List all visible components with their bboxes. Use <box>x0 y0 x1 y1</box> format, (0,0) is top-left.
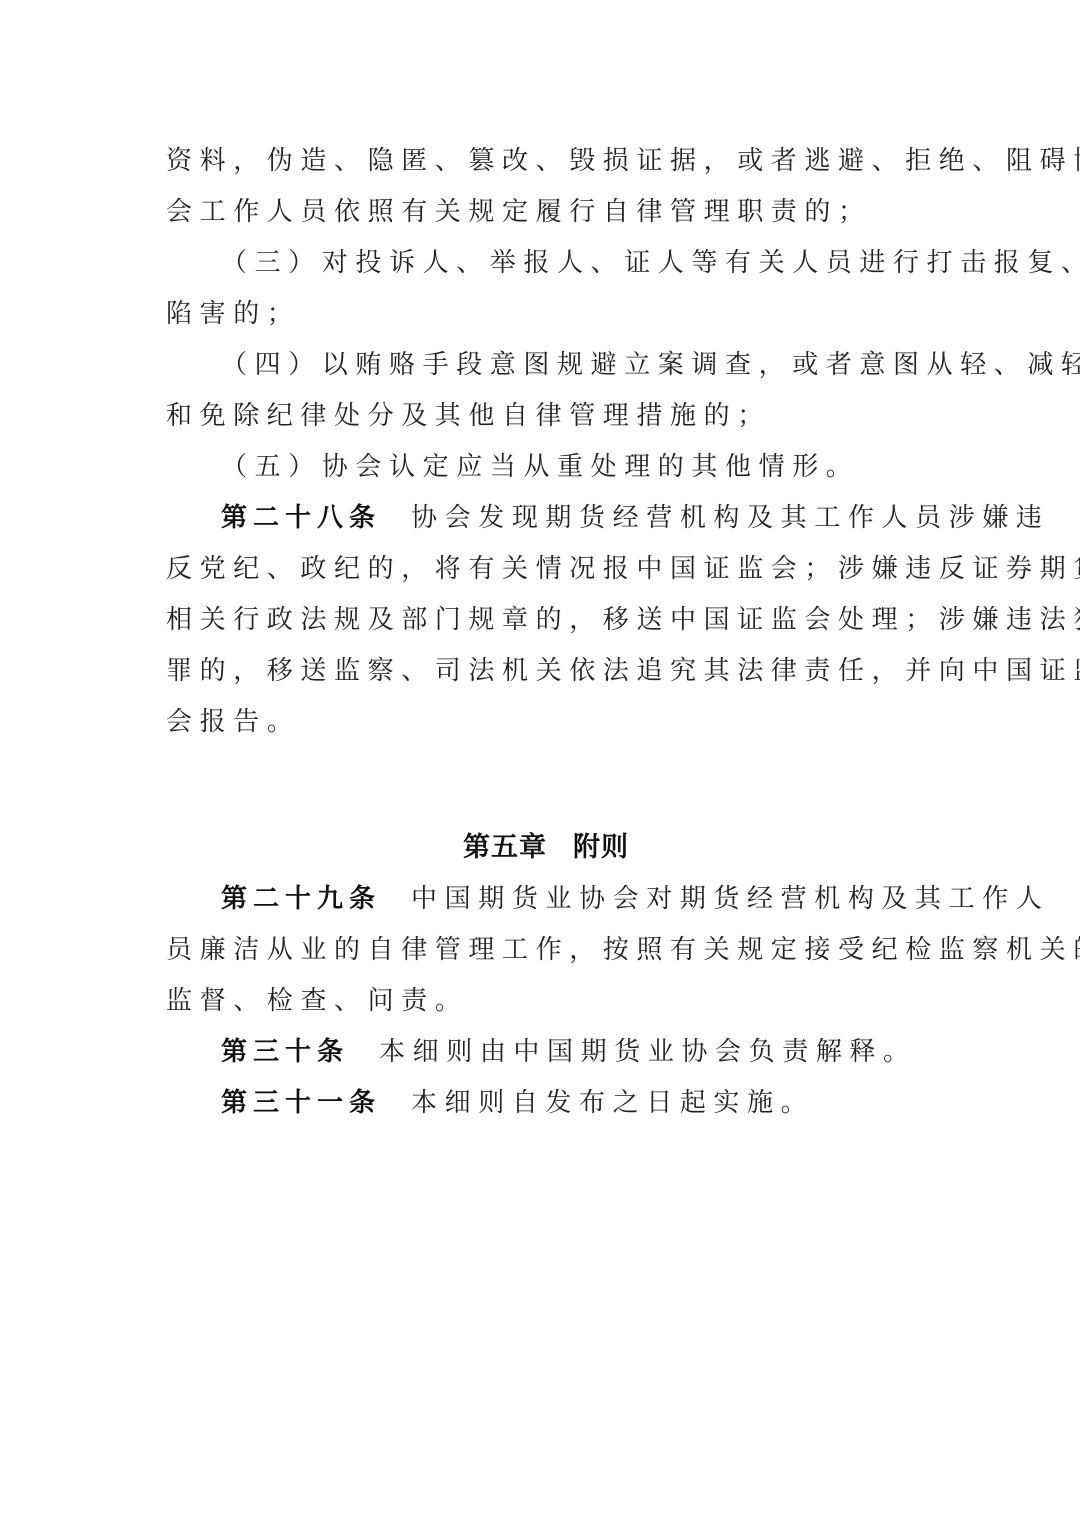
article-first-line: 第二十八条协会发现期货经营机构及其工作人员涉嫌违 <box>166 493 918 544</box>
article-label: 第三十条 <box>221 1037 349 1067</box>
paragraph-line: 会报告。 <box>166 697 918 748</box>
paragraph-line: 和免除纪律处分及其他自律管理措施的； <box>166 391 918 442</box>
article-text: 中国期货业协会对期货经营机构及其工作人 <box>411 884 1049 914</box>
document-page: 资料，伪造、隐匿、篡改、毁损证据，或者逃避、拒绝、阻碍协 会工作人员依照有关规定… <box>166 136 918 1129</box>
section-spacer <box>166 748 918 822</box>
list-item-4: （四）以贿赂手段意图规避立案调查，或者意图从轻、减轻 和免除纪律处分及其他自律管… <box>166 340 918 442</box>
article-label: 第三十一条 <box>221 1088 381 1118</box>
list-item-5: （五）协会认定应当从重处理的其他情形。 <box>166 442 918 493</box>
paragraph-line: 资料，伪造、隐匿、篡改、毁损证据，或者逃避、拒绝、阻碍协 <box>166 136 918 187</box>
article-first-line: 第二十九条中国期货业协会对期货经营机构及其工作人 <box>166 874 918 925</box>
article-label: 第二十八条 <box>221 503 381 533</box>
paragraph-line: 相关行政法规及部门规章的，移送中国证监会处理；涉嫌违法犯 <box>166 595 918 646</box>
chapter-number: 第五章 <box>463 832 547 863</box>
article-text: 协会发现期货经营机构及其工作人员涉嫌违 <box>411 503 1049 533</box>
paragraph-line: 罪的，移送监察、司法机关依法追究其法律责任，并向中国证监 <box>166 646 918 697</box>
paragraph-line: （五）协会认定应当从重处理的其他情形。 <box>166 442 918 493</box>
paragraph-line: （四）以贿赂手段意图规避立案调查，或者意图从轻、减轻 <box>166 340 918 391</box>
paragraph-line: 监督、检查、问责。 <box>166 976 918 1027</box>
chapter-heading: 第五章附则 <box>166 822 918 874</box>
article-28: 第二十八条协会发现期货经营机构及其工作人员涉嫌违 反党纪、政纪的，将有关情况报中… <box>166 493 918 748</box>
article-first-line: 第三十一条本细则自发布之日起实施。 <box>166 1078 918 1129</box>
article-30: 第三十条本细则由中国期货业协会负责解释。 <box>166 1027 918 1078</box>
article-text: 本细则自发布之日起实施。 <box>411 1088 814 1118</box>
list-item-3: （三）对投诉人、举报人、证人等有关人员进行打击报复、 陷害的； <box>166 238 918 340</box>
article-29: 第二十九条中国期货业协会对期货经营机构及其工作人 员廉洁从业的自律管理工作，按照… <box>166 874 918 1027</box>
article-text: 本细则由中国期货业协会负责解释。 <box>379 1037 917 1067</box>
paragraph-line: 员廉洁从业的自律管理工作，按照有关规定接受纪检监察机关的 <box>166 925 918 976</box>
chapter-title: 附则 <box>573 832 629 863</box>
paragraph-line: 会工作人员依照有关规定履行自律管理职责的； <box>166 187 918 238</box>
paragraph-line: 陷害的； <box>166 289 918 340</box>
paragraph-line: 反党纪、政纪的，将有关情况报中国证监会；涉嫌违反证券期货 <box>166 544 918 595</box>
paragraph-line: （三）对投诉人、举报人、证人等有关人员进行打击报复、 <box>166 238 918 289</box>
article-first-line: 第三十条本细则由中国期货业协会负责解释。 <box>166 1027 918 1078</box>
article-31: 第三十一条本细则自发布之日起实施。 <box>166 1078 918 1129</box>
article-label: 第二十九条 <box>221 884 381 914</box>
